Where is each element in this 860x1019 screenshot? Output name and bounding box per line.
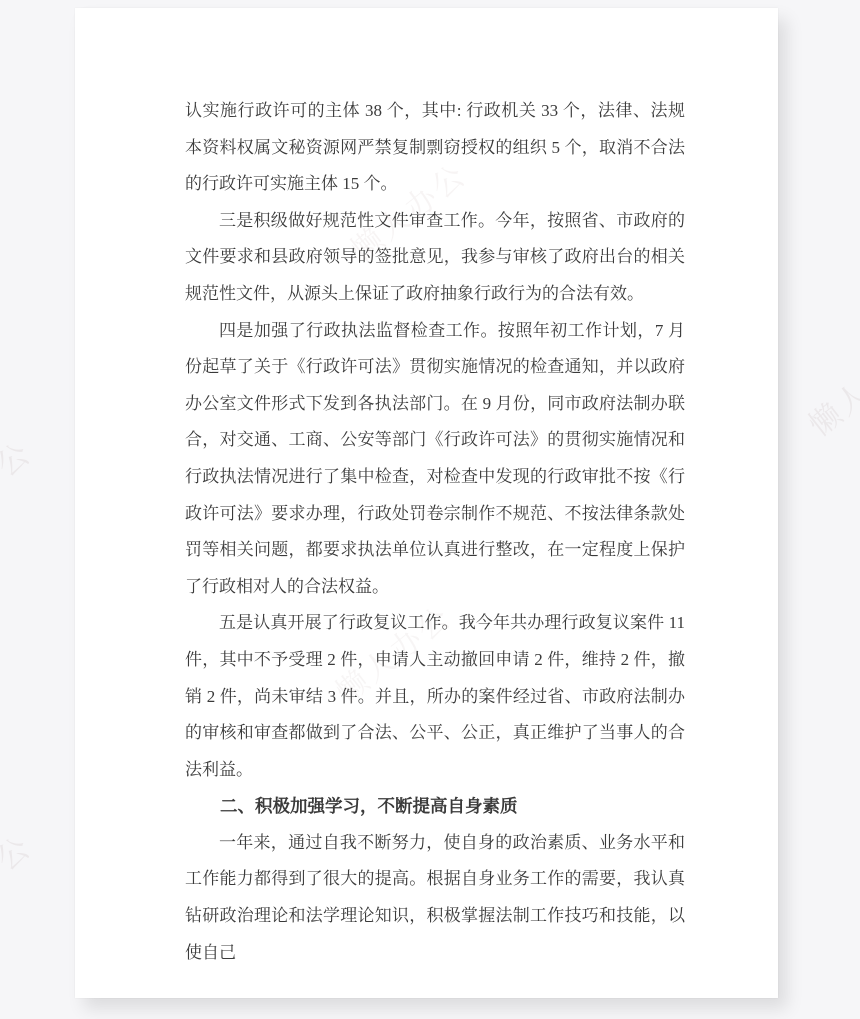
- body-paragraph: 四是加强了行政执法监督检查工作。按照年初工作计划，7 月份起草了关于《行政许可法…: [185, 313, 685, 606]
- section-heading: 二、积极加强学习，不断提高自身素质: [185, 788, 685, 825]
- document-page: 认实施行政许可的主体 38 个，其中: 行政机关 33 个，法律、法规本资料权属…: [75, 8, 778, 998]
- watermark-text: 懒人办公: [0, 822, 39, 941]
- watermark-text: 懒人办公: [0, 428, 39, 547]
- body-paragraph: 一年来，通过自我不断努力，使自身的政治素质、业务水平和工作能力都得到了很大的提高…: [185, 825, 685, 971]
- body-paragraph: 五是认真开展了行政复议工作。我今年共办理行政复议案件 11 件，其中不予受理 2…: [185, 605, 685, 788]
- body-paragraph: 三是积级做好规范性文件审查工作。今年，按照省、市政府的文件要求和县政府领导的签批…: [185, 203, 685, 313]
- body-paragraph: 认实施行政许可的主体 38 个，其中: 行政机关 33 个，法律、法规本资料权属…: [185, 93, 685, 203]
- watermark-text: 懒人办公: [798, 325, 860, 444]
- document-body: 认实施行政许可的主体 38 个，其中: 行政机关 33 个，法律、法规本资料权属…: [185, 93, 685, 971]
- screenshot-root: { "page": { "background_color": "#f6f6f8…: [0, 0, 860, 1019]
